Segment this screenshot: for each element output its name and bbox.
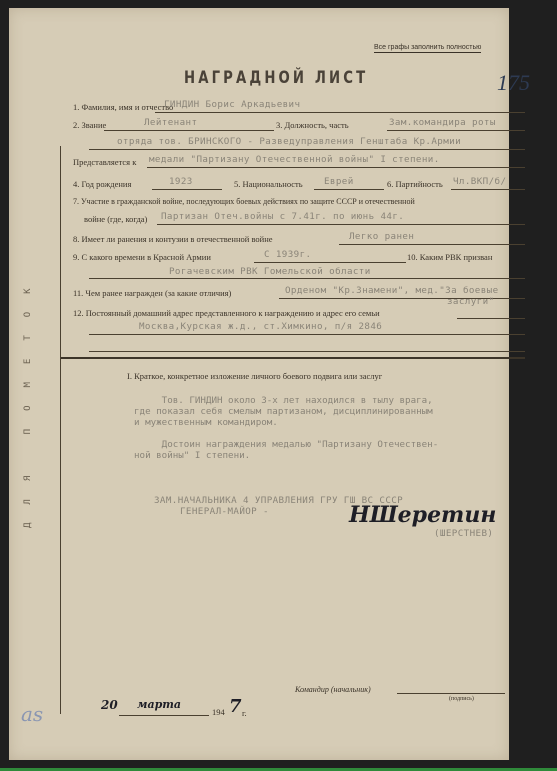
margin-label: ДЛЯ ПОМЕТОК [23,270,33,528]
field-6-value: Чл.ВКП/б/ [453,176,506,187]
field-7-label-line2: войне (где, когда) [84,214,147,224]
date-month: марта [137,698,181,711]
commander-label: Командир (начальник) [295,685,371,694]
presented-value: медали "Партизану Отечественной войны" I… [149,154,440,165]
signature-hint: (подпись) [449,696,474,702]
field-7-label: 7. Участие в гражданской войне, последую… [73,197,415,206]
field-8-label: 8. Имеет ли ранения и контузии в отечест… [73,234,273,244]
margin-divider [60,146,61,714]
field-7-value: Партизан Отеч.войны с 7.41г. по июнь 44г… [161,211,404,222]
field-9-label: 9. С какого времени в Красной Армии [73,252,211,262]
field-3-label: 3. Должность, часть [276,120,349,130]
pencil-mark: as [21,702,43,726]
field-2-value: Лейтенант [144,117,197,128]
field-11-value: Орденом "Кр.Знамени", мед."За боевые [285,285,499,296]
signatory-title-line2: ГЕНЕРАЛ-МАЙОР - [180,506,269,517]
field-3-value-line2: отряда тов. БРИНСКОГО - Разведуправления… [117,136,461,147]
date-year-suffix: 7 [229,696,242,717]
field-4-label: 4. Год рождения [73,179,131,189]
field-3-value: Зам.командира роты [389,117,496,128]
section-1-paragraph-2: Достоин награждения медалью "Партизану О… [134,439,438,461]
handwritten-signature: НШеретин [349,502,496,528]
field-4-value: 1923 [169,176,193,187]
field-12-label: 12. Постоянный домашний адрес представле… [73,308,380,318]
field-11-value-line2: заслуги" [447,296,494,307]
field-12-value: Москва,Курская ж.д., ст.Химкино, п/я 284… [139,321,382,332]
field-11-label: 11. Чем ранее награжден (за какие отличи… [73,288,231,298]
field-10-label: 10. Каким РВК призван [407,252,492,262]
field-10-value: Рогачевским РВК Гомельской области [169,266,371,277]
date-year-prefix: 194 [212,707,225,717]
field-9-value: С 1939г. [264,249,311,260]
date-g: г. [242,708,247,718]
presented-label: Представляется к [73,157,136,167]
signatory-name: (ШЕРСТНЕВ) [434,528,493,539]
field-1-label: 1. Фамилия, имя и отчество [73,102,173,112]
field-5-value: Еврей [324,176,354,187]
page-title: НАГРАДНОЙ ЛИСТ [184,68,368,88]
instruction-text: Все графы заполнить полностью [374,44,481,53]
award-sheet-page: ДЛЯ ПОМЕТОК Все графы заполнить полность… [9,8,509,760]
field-2-label: 2. Звание [73,120,106,130]
field-6-label: 6. Партийность [387,179,443,189]
folio-number: 175 [497,70,530,96]
section-1-heading: I. Краткое, конкретное изложение личного… [127,371,382,381]
field-8-value: Легко ранен [349,231,414,242]
date-day: 20 [101,698,118,712]
section-1-paragraph-1: Тов. ГИНДИН около 3-х лет находился в ты… [134,395,433,428]
field-5-label: 5. Национальность [234,179,303,189]
field-1-value: ГИНДИН Борис Аркадьевич [164,99,300,110]
